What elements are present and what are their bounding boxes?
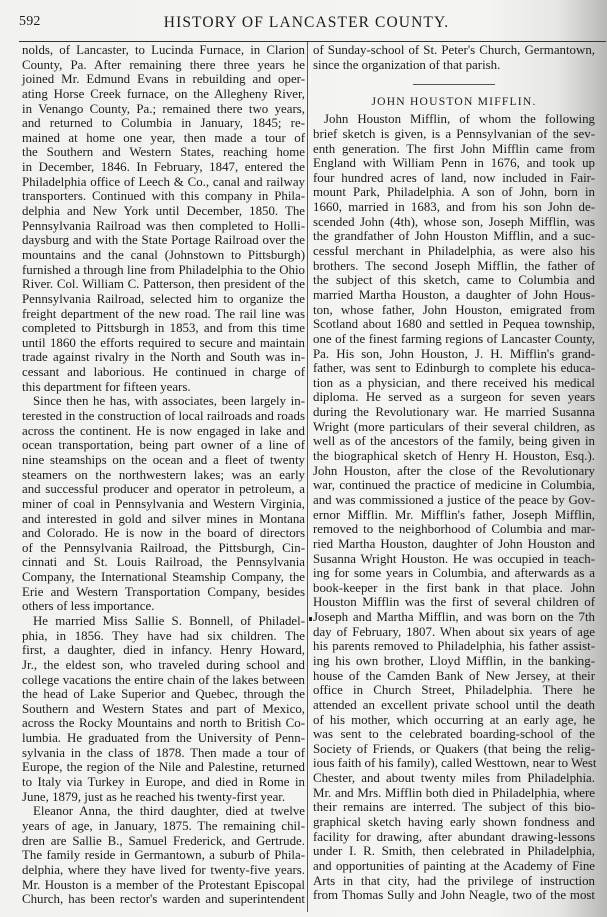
text-line: Mr. and Mrs. Mifflin both died in Philad…: [313, 786, 595, 801]
text-line: tion as a physician, and there received …: [313, 376, 595, 391]
text-line: Pennsylvania Railroad was then completed…: [22, 219, 305, 234]
text-line: The family reside in Germantown, a subur…: [22, 848, 305, 863]
text-line: under I. R. Smith, then celebrated in Ph…: [313, 844, 595, 859]
text-line: He married Miss Sallie S. Bonnell, of Ph…: [22, 614, 305, 629]
text-line: ernor Mifflin. Mr. Mifflin's father, Jos…: [313, 508, 595, 523]
text-line: brothers. The second Joseph Mifflin, the…: [313, 259, 595, 274]
text-line: cessful merchant in Philadelphia, as wer…: [313, 244, 595, 259]
text-line: nine steamships on the ocean and a fleet…: [22, 453, 305, 468]
text-line: Scotland about 1680 and settled in Peque…: [313, 317, 595, 332]
text-line: ried Martha Houston, daughter of John Ho…: [313, 537, 595, 552]
text-line: his parents removed to Philadelphia, his…: [313, 639, 595, 654]
text-line: delphia and New York until December, 185…: [22, 204, 305, 219]
text-line: Joseph and Martha Mifflin, and was born …: [313, 610, 595, 625]
text-line: lumbia. He graduated from the University…: [22, 731, 305, 746]
text-line: facility for drawing, after abundant dra…: [313, 830, 595, 845]
text-line: Erie and Western Transportation Company,…: [22, 585, 305, 600]
text-line: others of less importance.: [22, 599, 305, 614]
text-line: brief sketch is given, is a Pennsylvania…: [313, 127, 595, 142]
text-line: mained at home one year, then made a tou…: [22, 131, 305, 146]
text-line: Chester, and about twenty miles from Phi…: [313, 771, 595, 786]
text-line: River. Col. William C. Patterson, then p…: [22, 277, 305, 292]
text-line: cinnati and St. Louis Railroad, the Penn…: [22, 555, 305, 570]
text-line: ocean transportation, being part owner o…: [22, 438, 305, 453]
text-line: Southern and Western States and part of …: [22, 702, 305, 717]
text-line: phia, in 1856. They have had six childre…: [22, 629, 305, 644]
text-line: Company, the International Steamship Com…: [22, 570, 305, 585]
text-line: mount Park, Philadelphia. A son of John,…: [313, 185, 595, 200]
text-line: completed to Pittsburgh in 1853, and fro…: [22, 321, 305, 336]
text-line: dren are Sallie B., Samuel Frederick, an…: [22, 834, 305, 849]
text-line: from Thomas Sully and John Neagle, two o…: [313, 888, 595, 903]
text-line: their remains are interred. The subject …: [313, 800, 595, 815]
text-line: Philadelphia office of Leech & Co., cana…: [22, 175, 305, 190]
text-line: the grandfather of John Houston Mifflin,…: [313, 229, 595, 244]
text-line: England with William Penn in 1676, and t…: [313, 156, 595, 171]
text-line: and opportunities of painting at the Aca…: [313, 859, 595, 874]
section-divider: [413, 84, 495, 85]
text-line: ton, whose father, John Houston, emigrat…: [313, 303, 595, 318]
text-line: in Venango County, Pa.; remained there t…: [22, 102, 305, 117]
text-line: trade against rivalry in the North and S…: [22, 350, 305, 365]
text-line: graphical sketch having early shown fond…: [313, 815, 595, 830]
text-line: scended John (4th), whose son, Joseph Mi…: [313, 215, 595, 230]
text-line: Wright (more particulars of their severa…: [313, 420, 595, 435]
left-column: nolds, of Lancaster, to Lucinda Furnace,…: [22, 43, 305, 907]
section-title: JOHN HOUSTON MIFFLIN.: [313, 94, 595, 109]
text-line: removed to the neighborhood of Columbia …: [313, 522, 595, 537]
text-line: Houston Mifflin was the first of several…: [313, 595, 595, 610]
text-line: furnished a through line from Philadelph…: [22, 263, 305, 278]
text-line: Pa. His son, John Houston, J. H. Mifflin…: [313, 347, 595, 362]
text-line: and successful producer and operator in …: [22, 482, 305, 497]
running-title: HISTORY OF LANCASTER COUNTY.: [0, 14, 607, 32]
text-line: until 1860 the efforts required to secur…: [22, 336, 305, 351]
text-line: enth generation. The first John Mifflin …: [313, 142, 595, 157]
text-line: house of the Camden Bank of New Jersey, …: [313, 669, 595, 684]
text-line: across the continent. He is now engaged …: [22, 424, 305, 439]
text-line: nolds, of Lancaster, to Lucinda Furnace,…: [22, 43, 305, 58]
column-divider: [307, 42, 308, 912]
text-line: book-keeper in the first bank in that pl…: [313, 581, 595, 596]
text-line: steamers on the northwestern lakes; was …: [22, 468, 305, 483]
text-line: college vacations the entire chain of th…: [22, 673, 305, 688]
text-line: ing for some years in Columbia, and afte…: [313, 566, 595, 581]
text-line: of the Pennsylvania Railroad, the Pittsb…: [22, 541, 305, 556]
text-line: joined Mr. Edmund Evans in rebuilding an…: [22, 72, 305, 87]
text-line: and was commissioned a justice of the pe…: [313, 493, 595, 508]
right-column: of Sunday-school of St. Peter's Church, …: [313, 43, 595, 903]
text-line: cessant and laborious. He continued in c…: [22, 365, 305, 380]
text-line: Society of Friends, or Quakers (that bei…: [313, 742, 595, 757]
header-rule: [19, 41, 606, 42]
text-line: the biographical sketch of Henry H. Hous…: [313, 449, 595, 464]
text-line: Church, has been rector's warden and sup…: [22, 892, 305, 907]
text-line: father, was sent to Edinburgh to complet…: [313, 361, 595, 376]
text-line: 1660, married in 1683, and from his son …: [313, 200, 595, 215]
text-line: four hundred acres of land, now included…: [313, 171, 595, 186]
text-line: and interested in gold and silver mines …: [22, 512, 305, 527]
text-line: office in Church Street, Philadelphia. T…: [313, 683, 595, 698]
text-line: of Sunday-school of St. Peter's Church, …: [313, 43, 595, 58]
text-line: this department for fifteen years.: [22, 380, 305, 395]
text-line: years of age, in January, 1875. The rema…: [22, 819, 305, 834]
margin-mark: [309, 617, 312, 621]
text-line: ious faith of his family), called Westto…: [313, 756, 595, 771]
text-line: miner of coal in Pennsylvania and Wester…: [22, 497, 305, 512]
text-line: to Italy via Turkey in Europe, and died …: [22, 775, 305, 790]
text-line: sylvania in the class of 1878. Then made…: [22, 746, 305, 761]
text-line: during the Revolutionary war. He married…: [313, 405, 595, 420]
text-line: married Martha Houston, a daughter of Jo…: [313, 288, 595, 303]
text-line: Since then he has, with associates, been…: [22, 394, 305, 409]
text-line: diploma. He served as a surgeon for seve…: [313, 390, 595, 405]
text-line: first, a daughter, died in infancy. Henr…: [22, 643, 305, 658]
text-line: ating Horse Creek furnace, on the Allegh…: [22, 87, 305, 102]
text-line: delphia, where they have lived for twent…: [22, 863, 305, 878]
text-line: war, continued the practice of medicine …: [313, 478, 595, 493]
text-line: the Southern and Western States, reachin…: [22, 145, 305, 160]
text-line: transporters. Continued with this compan…: [22, 189, 305, 204]
text-line: Mr. Houston is a member of the Protestan…: [22, 878, 305, 893]
text-line: one of the finest farming regions of Lan…: [313, 332, 595, 347]
text-line: and Colorado. He is now in the board of …: [22, 526, 305, 541]
text-line: mountains and the canal (Johnstown to Pi…: [22, 248, 305, 263]
text-line: well as of the ancestors of the family, …: [313, 434, 595, 449]
text-line: County, Pa. After remaining there three …: [22, 58, 305, 73]
text-line: Jr., the eldest son, who traveled during…: [22, 658, 305, 673]
text-line: and returned to Columbia in January, 184…: [22, 116, 305, 131]
text-line: Eleanor Anna, the third daughter, died a…: [22, 804, 305, 819]
text-line: was sent to the celebrated boarding-scho…: [313, 727, 595, 742]
text-line: of his mother, which occurring at an ear…: [313, 713, 595, 728]
text-line: in December, 1846. In February, 1847, en…: [22, 160, 305, 175]
text-line: John Houston Mifflin, of whom the follow…: [313, 112, 595, 127]
text-line: Pennsylvania Railroad, selected him to o…: [22, 292, 305, 307]
text-line: since the organization of that parish.: [313, 58, 595, 73]
text-line: June, 1879, just as he reached his twent…: [22, 790, 305, 805]
text-line: across the Rocky Mountains and north to …: [22, 716, 305, 731]
text-line: attended an excellent private school unt…: [313, 698, 595, 713]
text-line: the subject of this sketch, came to Colu…: [313, 273, 595, 288]
text-line: daysburg and with the State Portage Rail…: [22, 233, 305, 248]
text-line: Europe, the region of the Nile and Pales…: [22, 760, 305, 775]
text-line: freight department of the new road. The …: [22, 307, 305, 322]
text-line: Arts in that city, had the privilege of …: [313, 874, 595, 889]
text-line: terested in the construction of local ra…: [22, 409, 305, 424]
text-line: John Houston, after the close of the Rev…: [313, 464, 595, 479]
text-line: Susanna Wright Houston. He was occupied …: [313, 552, 595, 567]
text-line: day of February, 1807. When about six ye…: [313, 625, 595, 640]
text-line: the head of Lake Superior and Quebec, th…: [22, 687, 305, 702]
text-line: ing his own brother, Lloyd Mifflin, in t…: [313, 654, 595, 669]
